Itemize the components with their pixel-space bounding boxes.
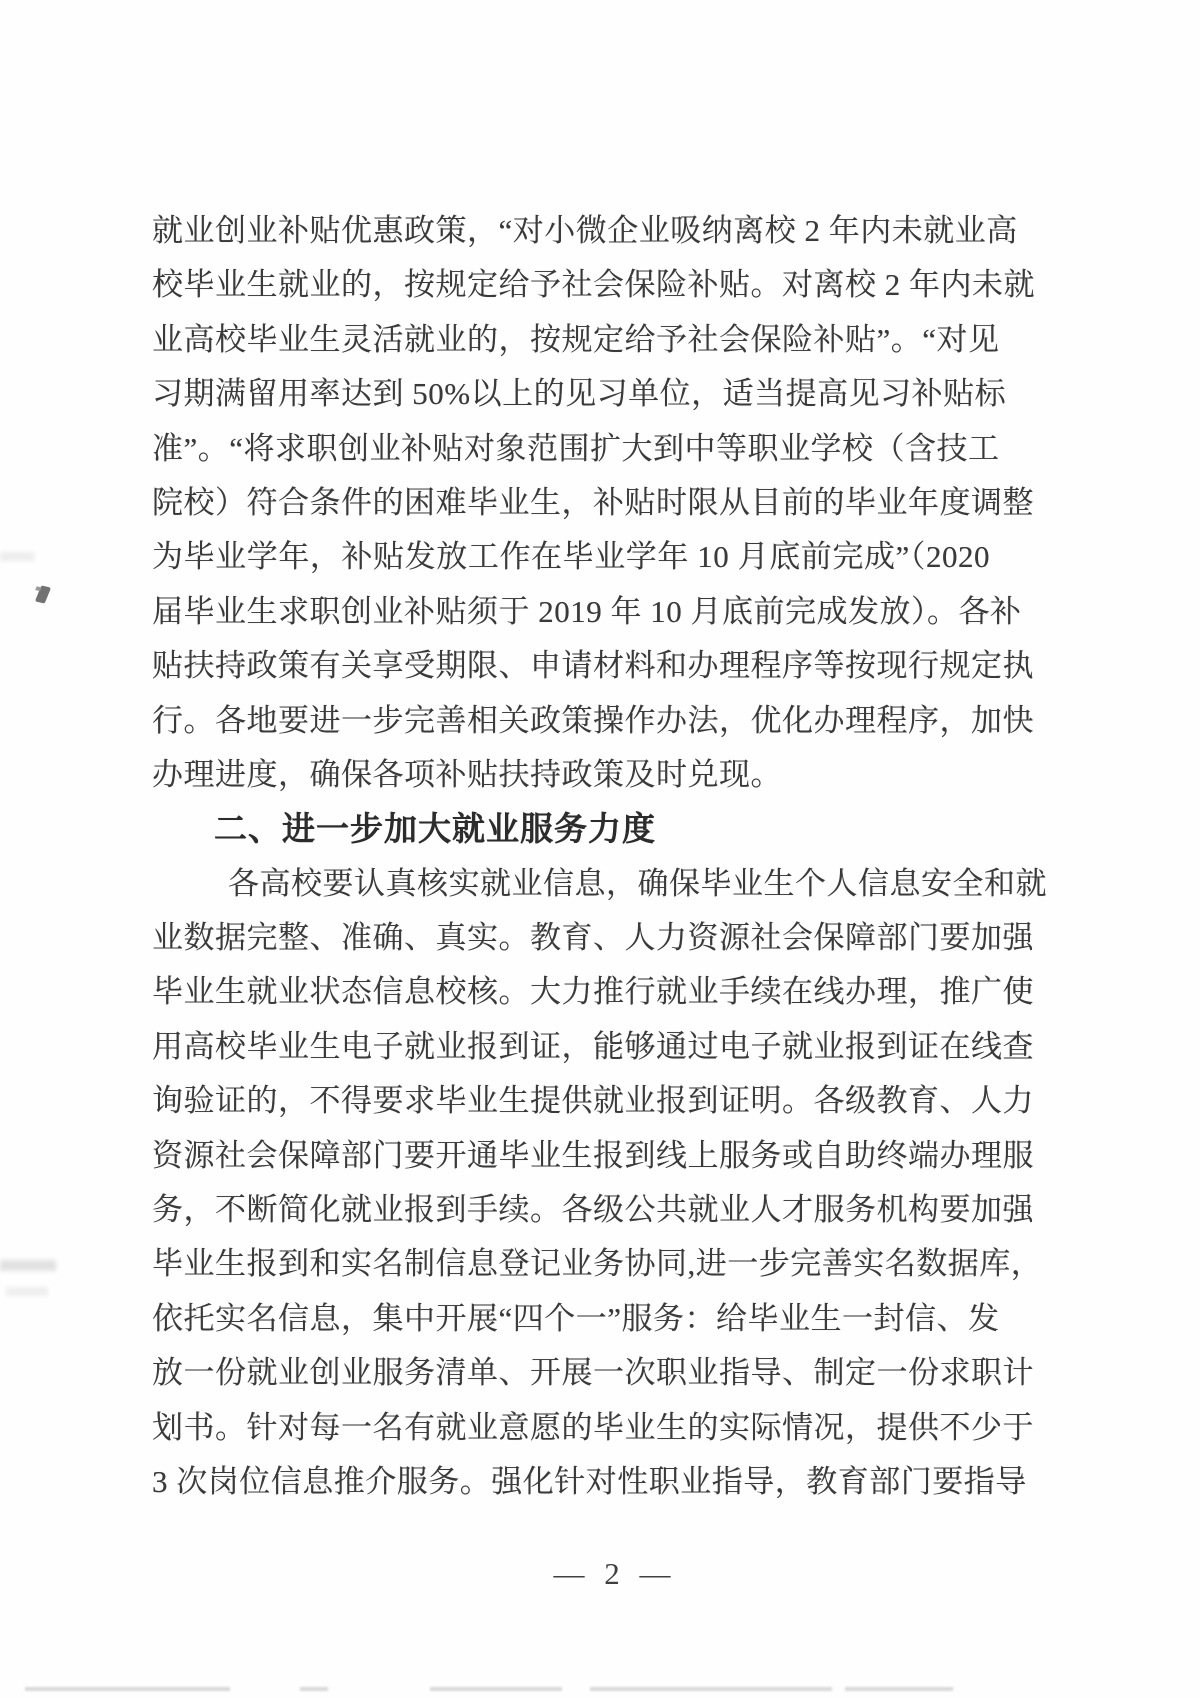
text-line: 准”。“将求职创业补贴对象范围扩大到中等职业学校（含技工: [152, 422, 990, 476]
text-line: 毕业生就业状态信息校核。大力推行就业手续在线办理，推广使: [152, 965, 990, 1019]
text-line: 院校）符合条件的困难毕业生，补贴时限从目前的毕业年度调整: [152, 476, 990, 530]
text-line: 放一份就业创业服务清单、开展一次职业指导、制定一份求职计: [152, 1346, 990, 1400]
text-line: 贴扶持政策有关享受期限、申请材料和办理程序等按现行规定执: [152, 639, 990, 693]
paragraph-subsidy-policies: 就业创业补贴优惠政策，“对小微企业吸纳离校 2 年内未就业高校毕业生就业的，按规…: [152, 204, 990, 802]
text-line: 依托实名信息，集中开展“四个一”服务：给毕业生一封信、发: [152, 1292, 990, 1346]
text-line: 3 次岗位信息推介服务。强化针对性职业指导，教育部门要指导: [152, 1455, 990, 1509]
text-line: 毕业生报到和实名制信息登记业务协同,进一步完善实名数据库，: [152, 1237, 990, 1291]
text-line: 为毕业学年，补贴发放工作在毕业学年 10 月底前完成”（2020: [152, 530, 990, 584]
text-line: 务，不断简化就业报到手续。各级公共就业人才服务机构要加强: [152, 1183, 990, 1237]
section-heading-employment-services: 二、进一步加大就业服务力度: [214, 802, 990, 856]
page-number: — 2 —: [0, 1556, 1200, 1592]
text-line: 习期满留用率达到 50%以上的见习单位，适当提高见习补贴标: [152, 367, 990, 421]
paragraph-employment-services: 各高校要认真核实就业信息，确保毕业生个人信息安全和就业数据完整、准确、真实。教育…: [152, 857, 990, 1510]
text-line: 业高校毕业生灵活就业的，按规定给予社会保险补贴”。“对见: [152, 313, 990, 367]
text-line: 就业创业补贴优惠政策，“对小微企业吸纳离校 2 年内未就业高: [152, 204, 990, 258]
scan-artifact-edge-smudge: [0, 552, 34, 561]
scan-artifact-edge-smudge: [6, 1287, 48, 1296]
text-line: 各高校要认真核实就业信息，确保毕业生个人信息安全和就: [152, 857, 990, 911]
text-line: 办理进度，确保各项补贴扶持政策及时兑现。: [152, 748, 990, 802]
text-line: 校毕业生就业的，按规定给予社会保险补贴。对离校 2 年内未就: [152, 258, 990, 312]
text-line: 业数据完整、准确、真实。教育、人力资源社会保障部门要加强: [152, 911, 990, 965]
text-line: 询验证的，不得要求毕业生提供就业报到证明。各级教育、人力: [152, 1074, 990, 1128]
scan-artifact-bottom-edge: [0, 1687, 1200, 1695]
text-line: 资源社会保障部门要开通毕业生报到线上服务或自助终端办理服: [152, 1129, 990, 1183]
text-line: 划书。针对每一名有就业意愿的毕业生的实际情况，提供不少于: [152, 1401, 990, 1455]
text-line: 届毕业生求职创业补贴须于 2019 年 10 月底前完成发放）。各补: [152, 585, 990, 639]
document-body: 就业创业补贴优惠政策，“对小微企业吸纳离校 2 年内未就业高校毕业生就业的，按规…: [152, 204, 990, 1509]
text-line: 用高校毕业生电子就业报到证，能够通过电子就业报到证在线查: [152, 1020, 990, 1074]
text-line: 行。各地要进一步完善相关政策操作办法，优化办理程序，加快: [152, 694, 990, 748]
scanned-document-page: 就业创业补贴优惠政策，“对小微企业吸纳离校 2 年内未就业高校毕业生就业的，按规…: [0, 0, 1200, 1698]
scan-artifact-edge-smudge: [0, 1260, 56, 1271]
scan-artifact-ink-speck: [35, 585, 51, 603]
